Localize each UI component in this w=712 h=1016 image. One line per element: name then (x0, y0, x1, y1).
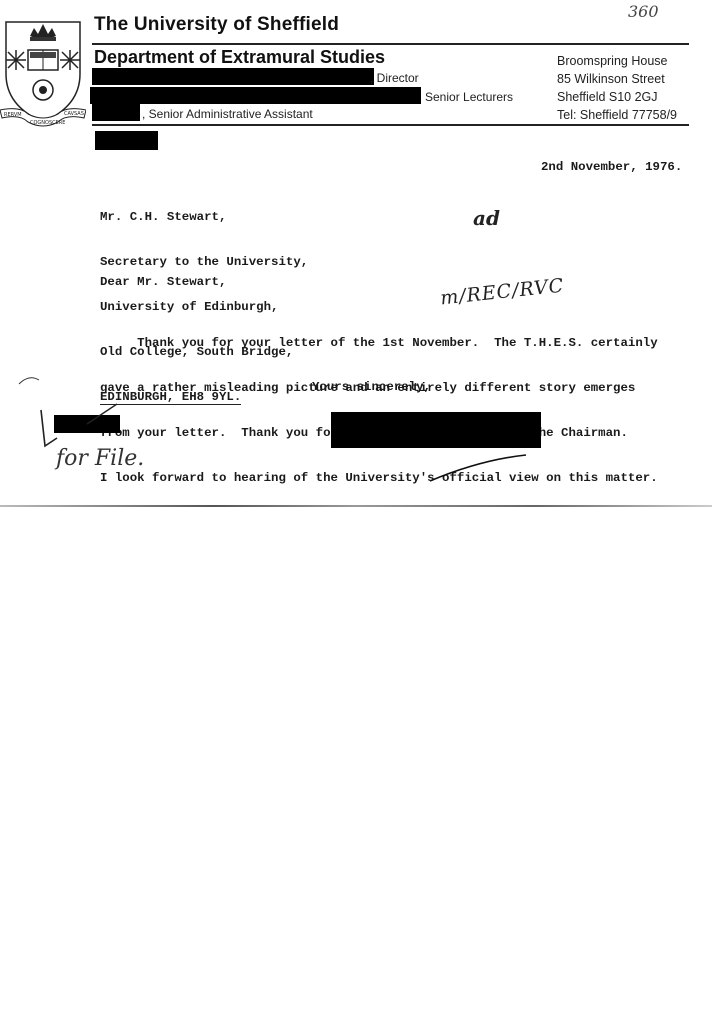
svg-text:CAVSAS: CAVSAS (64, 111, 84, 117)
redacted-director-name (92, 68, 374, 85)
redacted-signature-name (331, 412, 541, 448)
body-line: Thank you for your letter of the 1st Nov… (100, 336, 658, 351)
body-line: I look forward to hearing of the Univers… (100, 471, 658, 486)
salutation: Dear Mr. Stewart, (100, 275, 226, 290)
recipient-line: Mr. C.H. Stewart, (100, 210, 308, 225)
address-line: Broomspring House (557, 54, 667, 68)
redacted-reference (95, 131, 158, 150)
handwritten-file-note: for File. (56, 446, 144, 471)
closing: Yours sincerely, (312, 380, 431, 395)
department-name: Department of Extramural Studies (94, 47, 385, 68)
letter-date: 2nd November, 1976. (541, 160, 682, 175)
handwritten-reference-number: 360 (628, 2, 659, 21)
telephone-line: Tel: Sheffield 77758/9 (557, 108, 677, 122)
svg-text:RERVM: RERVM (4, 112, 22, 118)
svg-text:COGNOSCERE: COGNOSCERE (30, 120, 65, 126)
address-line: Sheffield S10 2GJ (557, 90, 658, 104)
lecturers-title: Senior Lecturers (425, 90, 513, 104)
university-crest-icon: RERVM COGNOSCERE CAVSAS (0, 14, 86, 130)
handwritten-routing-note: m/REC/RVC (439, 275, 565, 310)
redacted-lecturer-names (90, 87, 421, 104)
signature-stroke (420, 448, 540, 488)
letterhead-top-rule (92, 43, 689, 45)
letterhead-bottom-rule (92, 124, 689, 126)
recipient-line: Secretary to the University, (100, 255, 308, 270)
address-line: 85 Wilkinson Street (557, 72, 665, 86)
redacted-assistant-name (92, 104, 140, 121)
margin-mark (15, 370, 45, 390)
letter-body: Thank you for your letter of the 1st Nov… (100, 306, 658, 501)
page-fold-line (0, 505, 712, 507)
university-name: The University of Sheffield (94, 14, 339, 36)
director-title: , Director (370, 71, 419, 85)
assistant-title: , Senior Administrative Assistant (142, 107, 313, 121)
handwritten-initials: ad (473, 206, 500, 230)
